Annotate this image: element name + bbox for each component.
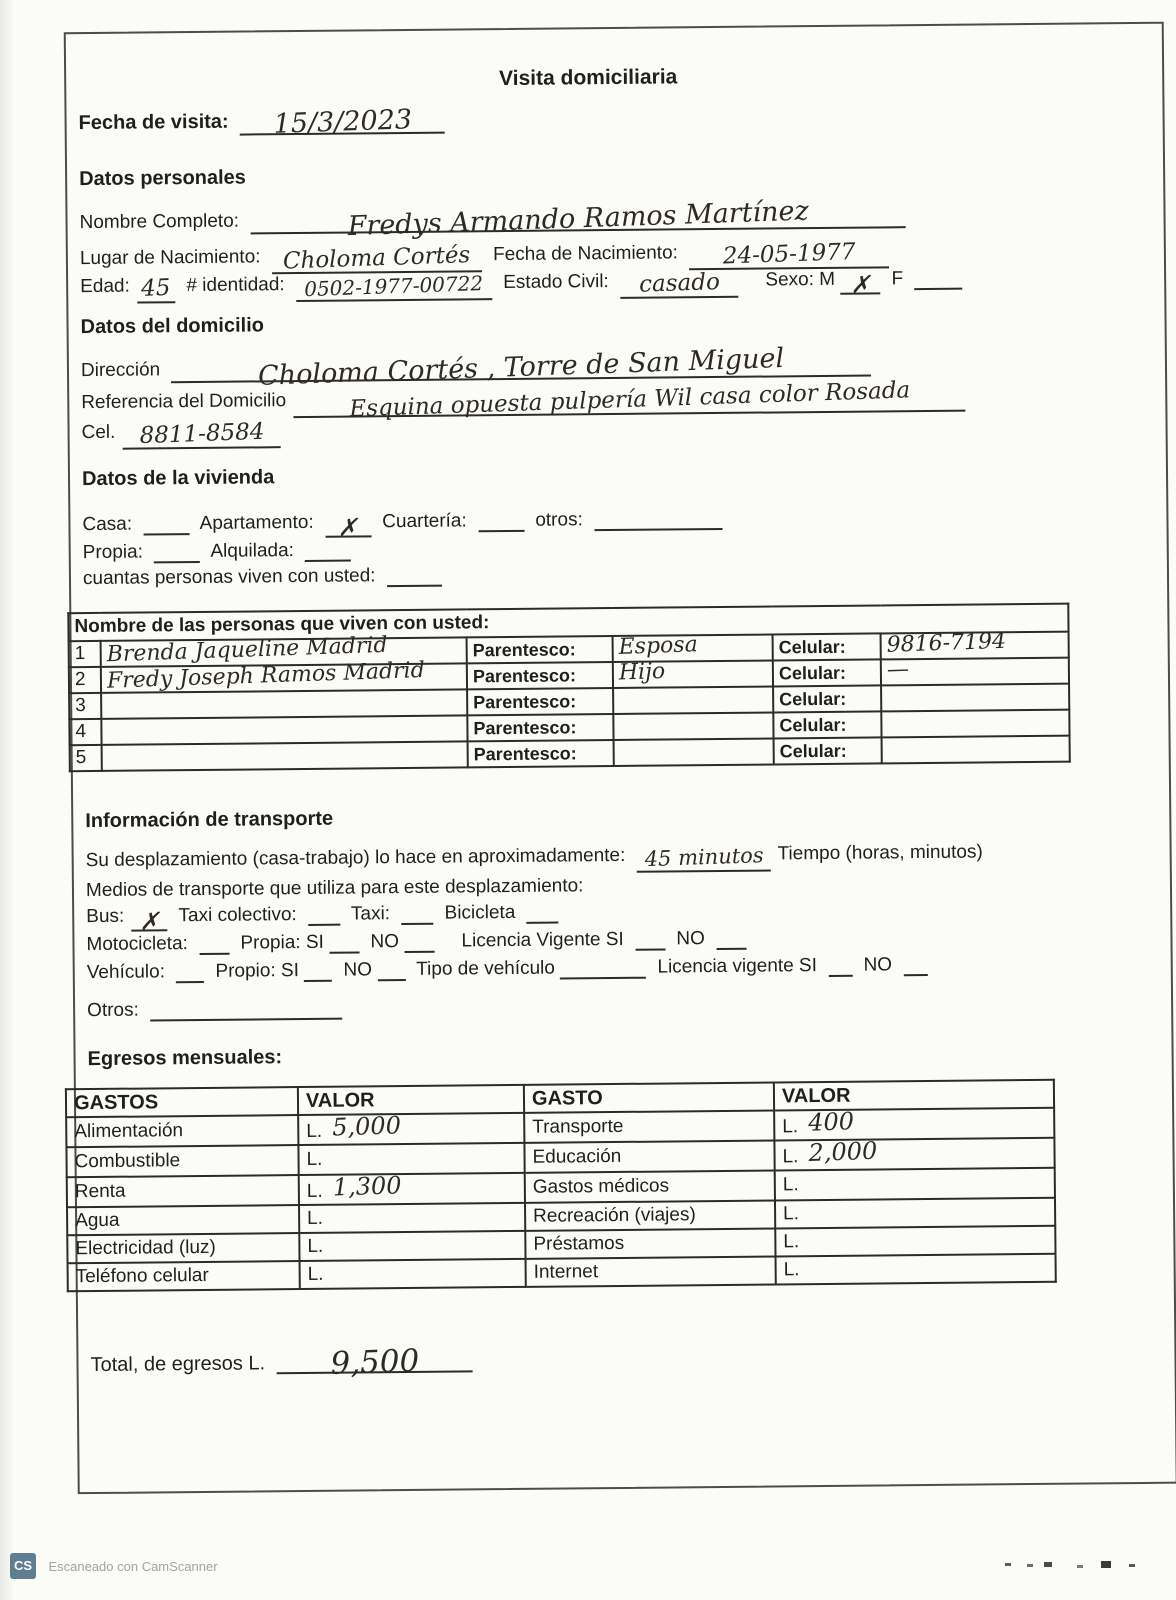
taxi-colectivo-label: Taxi colectivo: [178, 904, 296, 926]
sexo-f-field [914, 266, 962, 290]
valor-cell: L.5,000 [298, 1113, 524, 1145]
camscanner-text: Escaneado con CamScanner [48, 1559, 217, 1574]
alquilada-label: Alquilada: [210, 540, 294, 562]
direccion-label: Dirección [81, 359, 160, 381]
row-number: 1 [69, 641, 101, 667]
edad-label: Edad: [80, 276, 130, 297]
parentesco-label: Parentesco: [467, 688, 613, 715]
row-number: 5 [70, 745, 102, 771]
bus-mark: ✗ [139, 909, 160, 934]
scan-speckle-artifact [1005, 1563, 1011, 1566]
valor-cell: L. [299, 1231, 525, 1261]
egresos-heading: Egresos mensuales: [87, 1044, 282, 1072]
gasto-item: Recreación (viajes) [525, 1200, 775, 1230]
name-cell [101, 689, 467, 719]
datos-vivienda-heading: Datos de la vivienda [82, 464, 275, 492]
valor-right-header: VALOR [774, 1080, 1054, 1111]
propiedad-line: Propia: Alquilada: [83, 537, 358, 566]
valor-cell: L.1,300 [299, 1173, 525, 1205]
transporte-heading: Información de transporte [85, 806, 333, 834]
gasto-item: Teléfono celular [68, 1261, 300, 1291]
celular-field: 8811-8584 [123, 424, 281, 450]
vehiculo-licencia-no-field [903, 952, 927, 976]
bicicleta-field [527, 900, 559, 924]
gasto-item: Préstamos [525, 1228, 775, 1258]
moto-licencia-si-field [635, 927, 665, 951]
taxi-colectivo-field [308, 902, 340, 926]
vehiculo-licencia-no-label: NO [863, 954, 892, 975]
moto-licencia-label: Licencia Vigente SI [461, 929, 624, 952]
valor-value: 400 [808, 1109, 855, 1135]
taxi-field [401, 901, 433, 925]
edad-field: 45 [137, 279, 175, 303]
otros-line: Otros: [87, 996, 348, 1025]
camscanner-logo-icon: CS [10, 1553, 36, 1579]
currency-label: L. [782, 1116, 798, 1137]
fecha-visita-field: 15/3/2023 [240, 110, 445, 136]
celular-line: Cel. 8811-8584 [81, 418, 286, 450]
gasto-item: Agua [67, 1205, 299, 1235]
valor-cell: L.2,000 [774, 1138, 1054, 1171]
moto-no-field [404, 929, 434, 953]
apartamento-field: ✗ [325, 513, 371, 537]
tipo-vehiculo-label: Tipo de vehículo [416, 958, 555, 980]
motocicleta-label: Motocicleta: [86, 933, 188, 955]
valor-value: 2,000 [808, 1139, 877, 1165]
valor-cell: L. [775, 1226, 1055, 1257]
fecha-nacimiento-value: 24-05-1977 [723, 241, 856, 268]
sexo-f-label: F [892, 268, 904, 289]
celular-cell: 9816-7194 [881, 632, 1069, 660]
tiempo-label: Tiempo (horas, minutos) [777, 841, 982, 864]
parentesco-label: Parentesco: [467, 636, 613, 663]
valor-cell: L. [775, 1198, 1055, 1229]
celular-value: — [887, 659, 910, 682]
celular-cell [882, 736, 1070, 764]
nombre-completo-label: Nombre Completo: [79, 211, 239, 234]
fecha-visita-line: Fecha de visita: 15/3/2023 [78, 107, 451, 138]
edad-value: 45 [141, 277, 171, 301]
row-number: 3 [69, 693, 101, 719]
currency-label: L. [784, 1259, 800, 1280]
vehiculo-label: Vehículo: [87, 961, 165, 983]
gasto-item: Transporte [524, 1110, 774, 1142]
currency-label: L. [783, 1174, 799, 1195]
motocicleta-field [199, 931, 229, 955]
valor-cell: L. [300, 1259, 526, 1289]
fecha-nacimiento-label: Fecha de Nacimiento: [493, 242, 678, 265]
casa-label: Casa: [82, 514, 132, 535]
celular-label: Cel. [81, 422, 115, 443]
celular-label: Celular: [773, 711, 881, 738]
currency-label: L. [307, 1236, 323, 1257]
gastos-header: GASTOS [66, 1087, 298, 1117]
parentesco-cell [613, 686, 773, 714]
datos-personales-heading: Datos personales [79, 165, 246, 193]
valor-cell: L. [776, 1254, 1056, 1285]
celular-label: Celular: [773, 659, 881, 686]
gasto-item: Internet [526, 1256, 776, 1286]
name-cell: Fredy Joseph Ramos Madrid [101, 663, 467, 693]
otros-transporte-label: Otros: [87, 1000, 139, 1021]
moto-licencia-no-label: NO [676, 928, 705, 949]
parentesco-label: Parentesco: [467, 714, 613, 741]
scanned-form-page: Visita domiciliaria Fecha de visita: 15/… [0, 0, 1176, 1600]
row-number: 2 [69, 667, 101, 693]
fecha-visita-label: Fecha de visita: [78, 111, 228, 134]
total-line: Total, de egresos L. 9,500 [90, 1348, 478, 1378]
otros-vivienda-label: otros: [535, 509, 583, 530]
apartamento-label: Apartamento: [200, 512, 314, 534]
moto-no-label: NO [370, 931, 399, 952]
moto-propia-si-field [329, 929, 359, 953]
estado-civil-field: casado [620, 274, 738, 299]
propia-label: Propia: [83, 542, 143, 564]
total-field: 9,500 [277, 1348, 473, 1374]
propia-field [154, 539, 200, 563]
estado-civil-value: casado [638, 271, 719, 297]
currency-label: L. [306, 1149, 322, 1170]
casa-field [143, 511, 189, 535]
row-number: 4 [69, 719, 101, 745]
vehiculo-licencia-si-field [828, 953, 852, 977]
identidad-value: 0502-1977-00722 [304, 273, 484, 299]
celular-cell: — [881, 658, 1069, 686]
gasto-item: Renta [67, 1175, 299, 1207]
parentesco-value: Hijo [619, 661, 666, 685]
household-table: Nombre de las personas que viven con ust… [67, 603, 1071, 773]
parentesco-cell [614, 738, 774, 766]
estado-civil-label: Estado Civil: [503, 271, 609, 293]
gasto-item: Gastos médicos [525, 1170, 775, 1202]
valor-cell: L.400 [774, 1108, 1054, 1141]
vehiculo-no-field [377, 957, 405, 981]
vehiculo-propio-label: Propio: SI [215, 960, 299, 982]
parentesco-cell [613, 712, 773, 740]
parentesco-label: Parentesco: [467, 662, 613, 689]
sexo-m-field: ✗ [840, 270, 880, 294]
name-cell [101, 715, 467, 745]
celular-value: 9816-7194 [886, 631, 1006, 657]
datos-domicilio-heading: Datos del domicilio [80, 312, 264, 340]
vehiculo-no-label: NO [343, 959, 372, 980]
alquilada-field [305, 538, 351, 562]
valor-cell: L. [775, 1168, 1055, 1201]
referencia-label: Referencia del Domicilio [81, 390, 286, 413]
personas-field [387, 563, 442, 588]
otros-transporte-field [150, 996, 342, 1022]
apartamento-mark: ✗ [338, 515, 359, 540]
personas-label: cuantas personas viven con usted: [83, 565, 376, 589]
celular-label: Celular: [774, 737, 882, 764]
gasto-header: GASTO [524, 1082, 774, 1112]
parentesco-cell: Esposa [613, 634, 773, 662]
moto-licencia-no-field [716, 926, 746, 950]
egresos-table: GASTOS VALOR GASTO VALOR Alimentación L.… [65, 1079, 1057, 1292]
bicicleta-label: Bicicleta [444, 902, 515, 924]
lugar-nacimiento-value: Choloma Cortés [283, 244, 471, 273]
gasto-item: Educación [524, 1140, 774, 1172]
total-label: Total, de egresos L. [90, 1352, 265, 1376]
currency-label: L. [306, 1121, 322, 1142]
currency-label: L. [782, 1146, 798, 1167]
personas-line: cuantas personas viven con usted: [83, 563, 448, 593]
tipo-vehiculo-field [560, 955, 646, 980]
form-content: Visita domiciliaria Fecha de visita: 15/… [0, 0, 1176, 1600]
valor-cell: L. [299, 1203, 525, 1233]
parentesco-cell: Hijo [613, 660, 773, 688]
currency-label: L. [307, 1181, 323, 1202]
camscanner-footer: CS Escaneado con CamScanner [10, 1553, 218, 1583]
bus-field: ✗ [131, 907, 167, 931]
lugar-nacimiento-label: Lugar de Nacimiento: [80, 246, 261, 269]
identidad-label: # identidad: [186, 274, 284, 296]
total-value: 9,500 [330, 1346, 420, 1380]
moto-propia-label: Propia: SI [240, 932, 324, 954]
fecha-visita-value: 15/3/2023 [273, 106, 412, 138]
sexo-label: Sexo: M [765, 269, 835, 291]
celular-label: Celular: [773, 633, 881, 660]
currency-label: L. [307, 1208, 323, 1229]
celular-value: 8811-8584 [139, 421, 265, 448]
valor-left-header: VALOR [298, 1085, 524, 1115]
otros-vivienda-field [594, 506, 722, 531]
valor-value: 5,000 [332, 1113, 401, 1139]
taxi-label: Taxi: [351, 903, 390, 924]
parentesco-label: Parentesco: [468, 740, 614, 767]
gasto-item: Combustible [66, 1145, 298, 1177]
valor-value: 1,300 [332, 1173, 401, 1199]
desplazamiento-label: Su desplazamiento (casa-trabajo) lo hace… [86, 845, 626, 871]
parentesco-value: Esposa [618, 634, 698, 659]
celular-cell [881, 684, 1069, 712]
sexo-m-mark: ✗ [850, 272, 871, 297]
name-cell [102, 741, 468, 771]
cuarteria-label: Cuartería: [382, 510, 467, 532]
identidad-field: 0502-1977-00722 [296, 276, 492, 302]
desplazamiento-value: 45 minutos [644, 845, 764, 870]
gasto-item: Electricidad (luz) [67, 1233, 299, 1263]
vehiculo-licencia-label: Licencia vigente SI [657, 955, 817, 978]
currency-label: L. [783, 1231, 799, 1252]
celular-cell [881, 710, 1069, 738]
bus-label: Bus: [86, 906, 124, 927]
valor-cell: L. [298, 1143, 524, 1175]
vehiculo-propio-si-field [304, 958, 332, 982]
desplazamiento-field: 45 minutos [637, 848, 771, 873]
vehiculo-field [176, 959, 204, 983]
cuarteria-field [478, 508, 524, 532]
gasto-item: Alimentación [66, 1115, 298, 1147]
currency-label: L. [308, 1264, 324, 1285]
currency-label: L. [783, 1203, 799, 1224]
celular-label: Celular: [773, 685, 881, 712]
